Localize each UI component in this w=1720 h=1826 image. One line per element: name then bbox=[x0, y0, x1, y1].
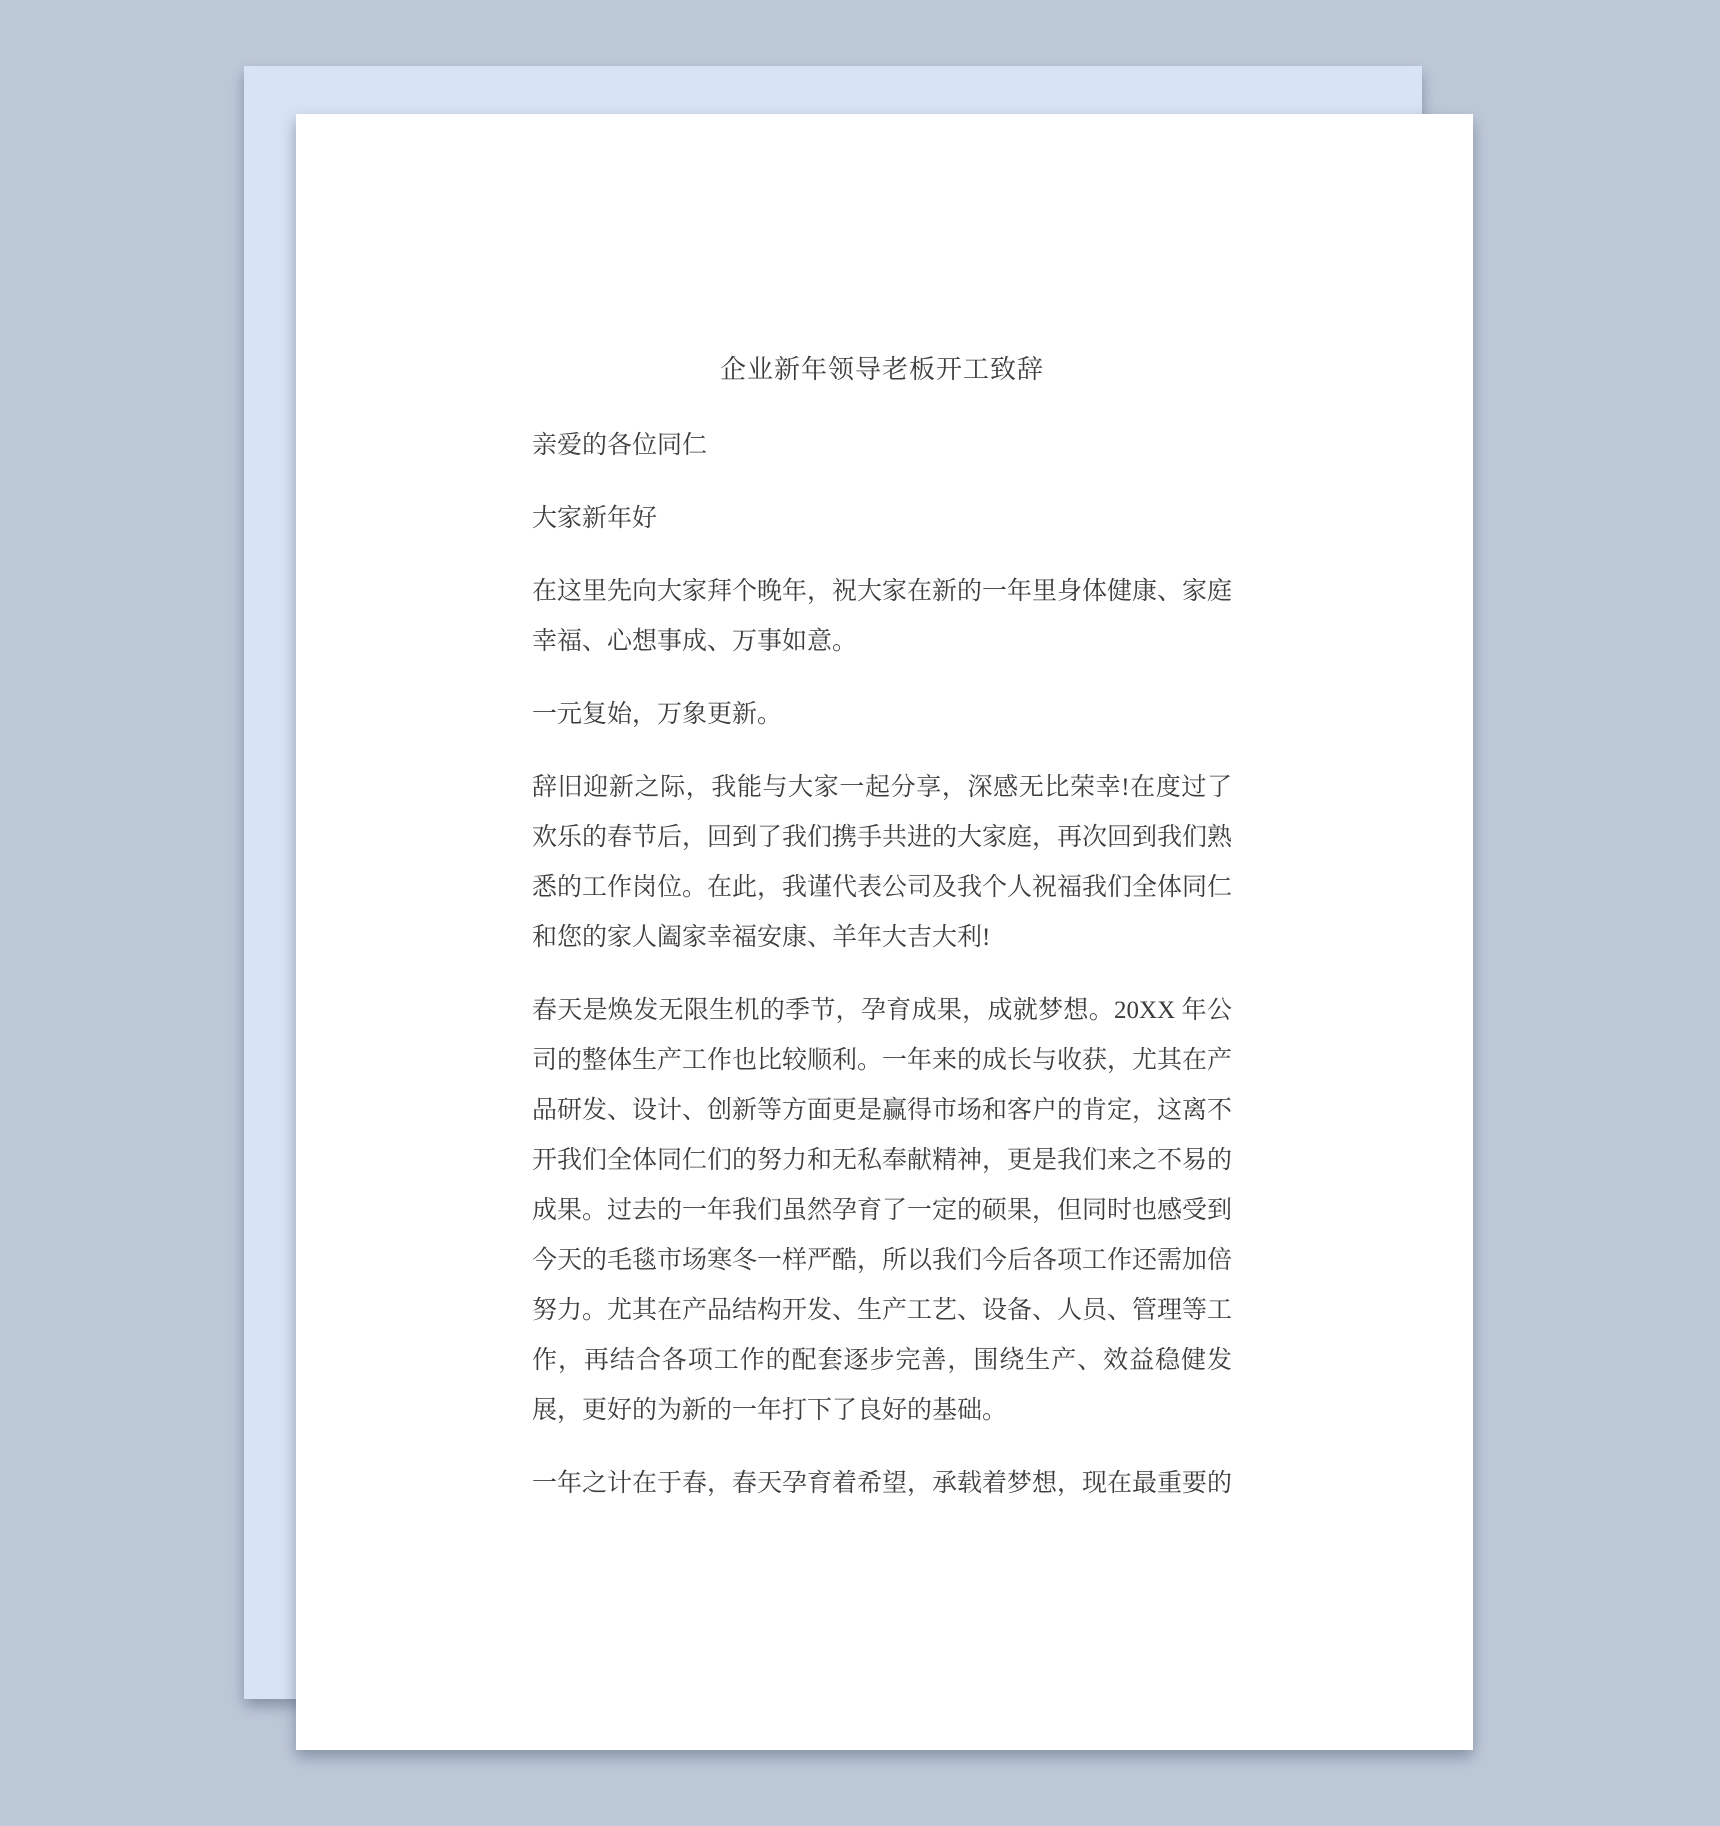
document-body: 企业新年领导老板开工致辞 亲爱的各位同仁 大家新年好 在这里先向大家拜个晚年，祝… bbox=[532, 345, 1232, 1532]
paragraph: 春天是焕发无限生机的季节，孕育成果，成就梦想。20XX 年公司的整体生产工作也比… bbox=[532, 986, 1232, 1436]
desktop-background: 企业新年领导老板开工致辞 亲爱的各位同仁 大家新年好 在这里先向大家拜个晚年，祝… bbox=[0, 0, 1720, 1826]
paragraph: 在这里先向大家拜个晚年，祝大家在新的一年里身体健康、家庭幸福、心想事成、万事如意… bbox=[532, 567, 1232, 667]
document-title: 企业新年领导老板开工致辞 bbox=[532, 345, 1232, 395]
paragraph: 一年之计在于春，春天孕育着希望，承载着梦想，现在最重要的 bbox=[532, 1459, 1232, 1509]
paragraph: 一元复始，万象更新。 bbox=[532, 690, 1232, 740]
paragraph: 辞旧迎新之际，我能与大家一起分享，深感无比荣幸!在度过了欢乐的春节后，回到了我们… bbox=[532, 763, 1232, 963]
paragraph-salutation: 亲爱的各位同仁 bbox=[532, 421, 1232, 471]
paragraph-greeting: 大家新年好 bbox=[532, 494, 1232, 544]
document-page: 企业新年领导老板开工致辞 亲爱的各位同仁 大家新年好 在这里先向大家拜个晚年，祝… bbox=[296, 114, 1473, 1750]
